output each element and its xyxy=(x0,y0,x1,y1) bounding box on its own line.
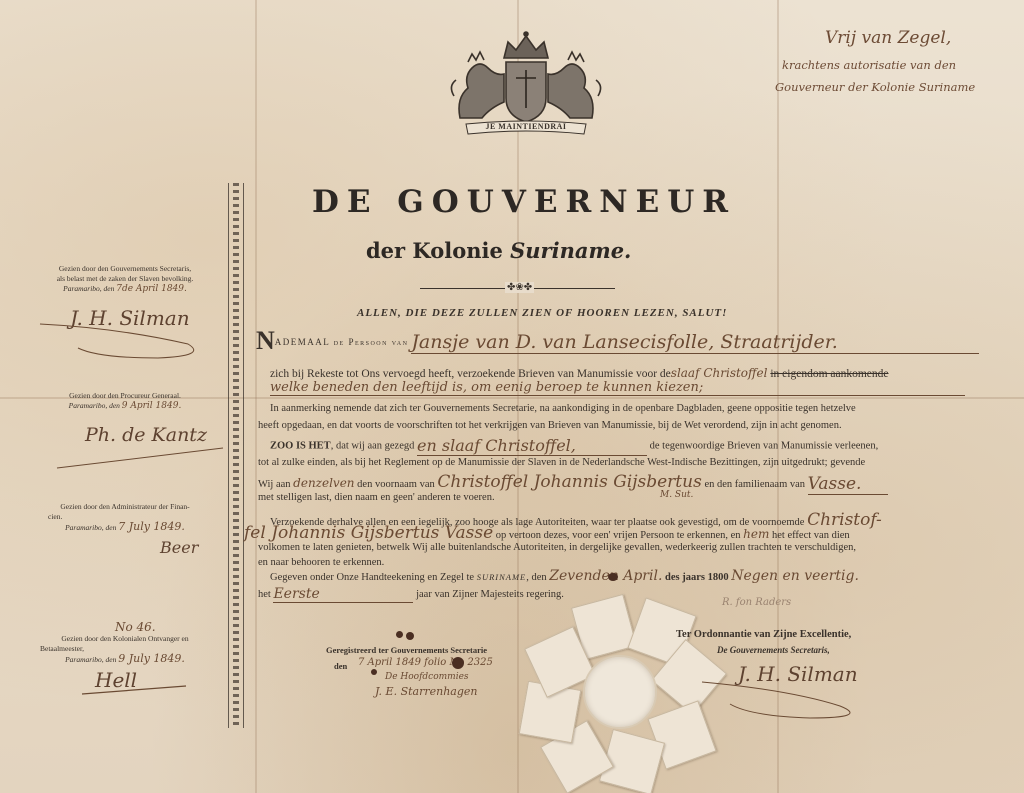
registration-prefix: den xyxy=(334,661,347,671)
pronoun-field: hem xyxy=(743,527,769,541)
stamp-exemption-line: krachtens autorisatie van den xyxy=(782,58,956,72)
ornamental-divider: ✤❀✤ xyxy=(420,286,615,292)
ink-blot xyxy=(452,657,464,669)
paper-wafer-seal xyxy=(525,600,715,785)
slave-description-field: slaaf Christoffel xyxy=(671,366,768,380)
salutation: ALLEN, DIE DEZE ZULLEN ZIEN OF HOOREN LE… xyxy=(357,307,727,319)
embossed-seal-icon xyxy=(583,655,657,729)
given-name-note: M. Sut. xyxy=(660,490,693,500)
pronoun-field: denzelven xyxy=(293,476,354,490)
signature-beer: Beer xyxy=(160,538,198,557)
age-remark-field: welke beneden den leeftijd is, om eenig … xyxy=(270,380,965,396)
registration-line: Geregistreerd ter Gouvernements Secretar… xyxy=(326,645,487,655)
subtitle-colony: Suriname. xyxy=(510,238,631,263)
margin-entry-procureur: Gezien door den Procureur Generaal. Para… xyxy=(40,391,210,411)
slave-name-field: en slaaf Christoffel, xyxy=(417,436,647,456)
drop-cap: N xyxy=(256,326,275,355)
freed-name-field-continued: fel Johannis Gijsbertus Vasse xyxy=(244,523,493,543)
year-field: Negen en veertig. xyxy=(731,568,859,584)
document-title: DE GOUVERNEUR xyxy=(312,184,736,220)
ink-blot xyxy=(396,631,403,638)
margin-entry-ontvanger: Gezien door den Kolonialen Ontvanger en … xyxy=(40,634,210,665)
crest-motto: JE MAINTIENDRAI xyxy=(466,122,586,131)
stamp-exemption-line: Gouverneur der Kolonie Suriname xyxy=(775,80,975,94)
applicant-name-field: Jansje van D. van Lansecisfolle, Straatr… xyxy=(411,331,979,354)
family-name-field: Vasse. xyxy=(808,474,888,495)
body-line-9: met stelligen last, dien naam en geen' a… xyxy=(258,492,495,503)
entry-number: No 46. xyxy=(115,620,156,634)
registration-signature: J. E. Starrenhagen xyxy=(375,685,477,698)
given-name-field: Christoffel Johannis Gijsbertus xyxy=(437,472,701,492)
signature-underline xyxy=(80,684,190,698)
margin-entry-administrateur: Gezien door den Administrateur der Finan… xyxy=(40,502,210,533)
body-line-2: zich bij Rekeste tot Ons vervoegd heeft,… xyxy=(270,366,889,380)
reign-year-field: Eerste xyxy=(273,586,413,603)
body-line-12: volkomen te laten genieten, betwelk Wij … xyxy=(258,542,856,553)
signature-de-kantz: Ph. de Kantz xyxy=(85,424,207,446)
body-line-7: tot al zulke einden, als bij het Regleme… xyxy=(258,457,865,468)
stamp-exemption-heading: Vrij van Zegel, xyxy=(825,28,951,48)
margin-entry-secretary: Gezien door den Gouvernements Secretaris… xyxy=(40,264,210,294)
body-line-3: welke beneden den leeftijd is, om eenig … xyxy=(270,380,965,396)
body-line-15: het Eerste jaar van Zijner Majesteits re… xyxy=(258,586,564,603)
ink-blot xyxy=(371,669,377,675)
royal-coat-of-arms: JE MAINTIENDRAI xyxy=(446,28,606,138)
ordonnance-line: Ter Ordonnantie van Zijne Excellentie, xyxy=(676,629,851,640)
body-line-11: fel Johannis Gijsbertus Vasse op vertoon… xyxy=(244,523,850,543)
decorative-border xyxy=(228,183,244,728)
ink-blot xyxy=(406,632,414,640)
body-line-1: NADEMAAL de Persoon van Jansje van D. va… xyxy=(256,326,979,356)
body-line-4: In aanmerking nemende dat zich ter Gouve… xyxy=(270,403,856,414)
ordonnance-initials: R. fon Raders xyxy=(722,597,791,608)
signature-flourish xyxy=(55,444,225,474)
day-month-field: Zevenden April. xyxy=(549,568,662,584)
registration-role: De Hoofdcommies xyxy=(385,672,469,682)
document-subtitle: der Kolonie Suriname. xyxy=(366,238,631,263)
body-line-13: en naar behooren te erkennen. xyxy=(258,557,384,568)
subtitle-prefix: der Kolonie xyxy=(366,238,503,263)
ink-blot xyxy=(608,573,618,581)
ordonnance-role: De Gouvernements Secretaris, xyxy=(717,645,830,655)
body-line-6: ZOO IS HET, dat wij aan gezegd en slaaf … xyxy=(270,436,878,456)
body-line-14: Gegeven onder Onze Handteekening en Zege… xyxy=(270,568,859,584)
body-line-5: heeft opgedaan, en dat voorts de voorsch… xyxy=(258,420,842,431)
signature-flourish xyxy=(38,318,208,362)
registration-date: 7 April 1849 folio No 2325 xyxy=(358,657,493,668)
manumission-document: JE MAINTIENDRAI Vrij van Zegel, krachten… xyxy=(0,0,1024,793)
signature-flourish xyxy=(700,672,870,722)
